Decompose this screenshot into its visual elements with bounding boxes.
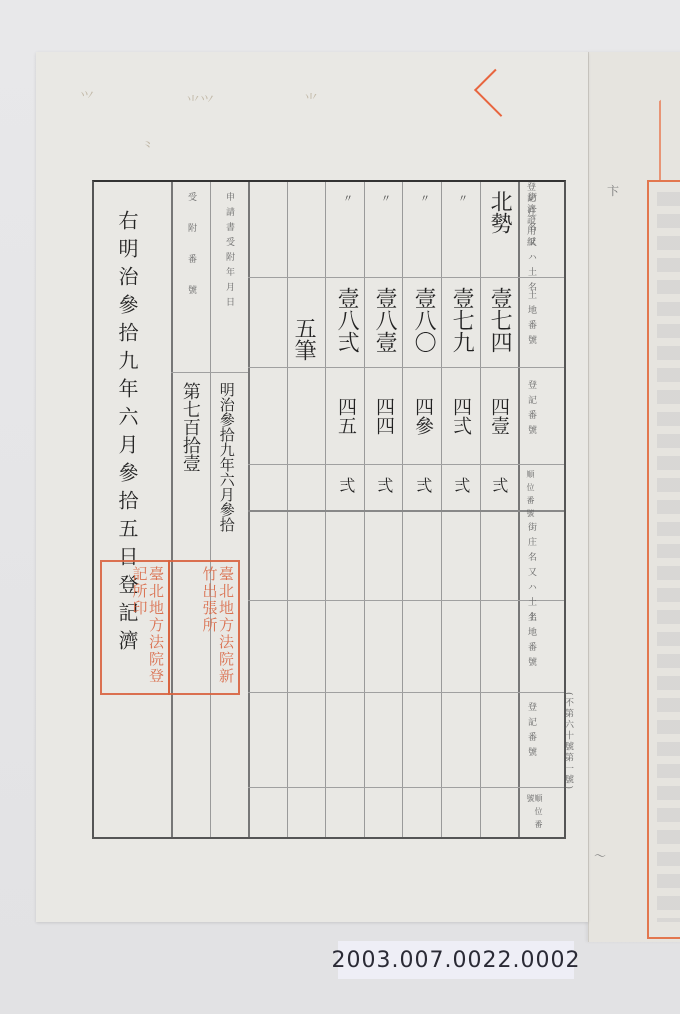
entry-5-rank: 弍 (337, 477, 354, 493)
entry-4-registration-number: 四四 (373, 397, 393, 435)
count-annotation: 五筆 (292, 317, 315, 361)
entry-5-land-number: 壹八弍 (335, 287, 358, 353)
header-land-number-label-2: 土地番號 (526, 612, 535, 672)
entry-5-ditto: 〃 (343, 190, 353, 205)
entry-3-rank: 弍 (414, 477, 431, 493)
red-form-frame (647, 180, 680, 939)
entry-5-registration-number: 四五 (335, 397, 355, 435)
entry-3-ditto: 〃 (420, 190, 430, 205)
entry-1-land-number: 壹七四 (488, 287, 511, 353)
underlying-page: 卞 〜 (588, 52, 680, 942)
entry-1-village: 北勢 (488, 190, 511, 234)
entry-3-land-number: 壹八〇 (412, 287, 435, 353)
paper-stain: ⺌ (304, 90, 318, 110)
entry-3-registration-number: 四參 (412, 397, 432, 435)
paper-stain: ⺌⺍ (186, 92, 214, 112)
registration-form: 街庄名又ハ土名 土地番號 登記番號 順位番號 街庄名又ハ土名 土地番號 登記番號… (92, 180, 566, 839)
entry-4-land-number: 壹八壹 (373, 287, 396, 353)
entry-2-land-number: 壹七九 (450, 287, 473, 353)
entry-1-registration-number: 四壹 (488, 397, 508, 435)
receipt-number-value: 第七百拾壹 (180, 382, 199, 472)
entry-1-rank: 弍 (490, 477, 507, 493)
entry-4-rank: 弍 (375, 477, 392, 493)
receipt-number-label: 受附番號 (186, 192, 195, 316)
pencil-mark: 卞 (607, 182, 619, 199)
header-rank-label-2: 順位番號 (526, 794, 542, 837)
pencil-mark: 〜 (594, 847, 606, 864)
header-land-number-label: 土地番號 (526, 290, 535, 350)
form-header-label: 登記濟證用紙 (524, 182, 537, 248)
registry-seal-right: 臺北地方法院新竹出張所 (168, 560, 240, 695)
header-registration-number-label-2: 登記番號 (526, 702, 535, 762)
catalog-number-tag: 2003.007.0022.0002 (338, 941, 574, 979)
header-registration-number-label: 登記番號 (526, 380, 535, 440)
header-rank-label: 順位番號 (526, 470, 534, 522)
red-stamp-edge (659, 79, 680, 181)
application-date-value: 明治參拾九年六月參拾 (218, 382, 234, 532)
paper-stain: ⺀ (141, 137, 155, 157)
entry-2-registration-number: 四弍 (450, 397, 470, 435)
registry-seal-left: 臺北地方法院登記所印 (100, 560, 170, 695)
red-corner-stamp (474, 69, 522, 117)
application-date-label: 申請書受附年月日 (224, 192, 233, 312)
entry-2-rank: 弍 (452, 477, 469, 493)
form-code-label: (不第六十號第一號) (562, 692, 575, 791)
paper-stain: ⺍ (80, 88, 94, 108)
entry-4-ditto: 〃 (381, 190, 391, 205)
entry-2-ditto: 〃 (458, 190, 468, 205)
document-page: ⺍ ⺌⺍ ⺀ ⺌ 街庄名又ハ土名 土地番號 登記番號 順位番號 街庄名又ハ土名 … (36, 52, 588, 922)
